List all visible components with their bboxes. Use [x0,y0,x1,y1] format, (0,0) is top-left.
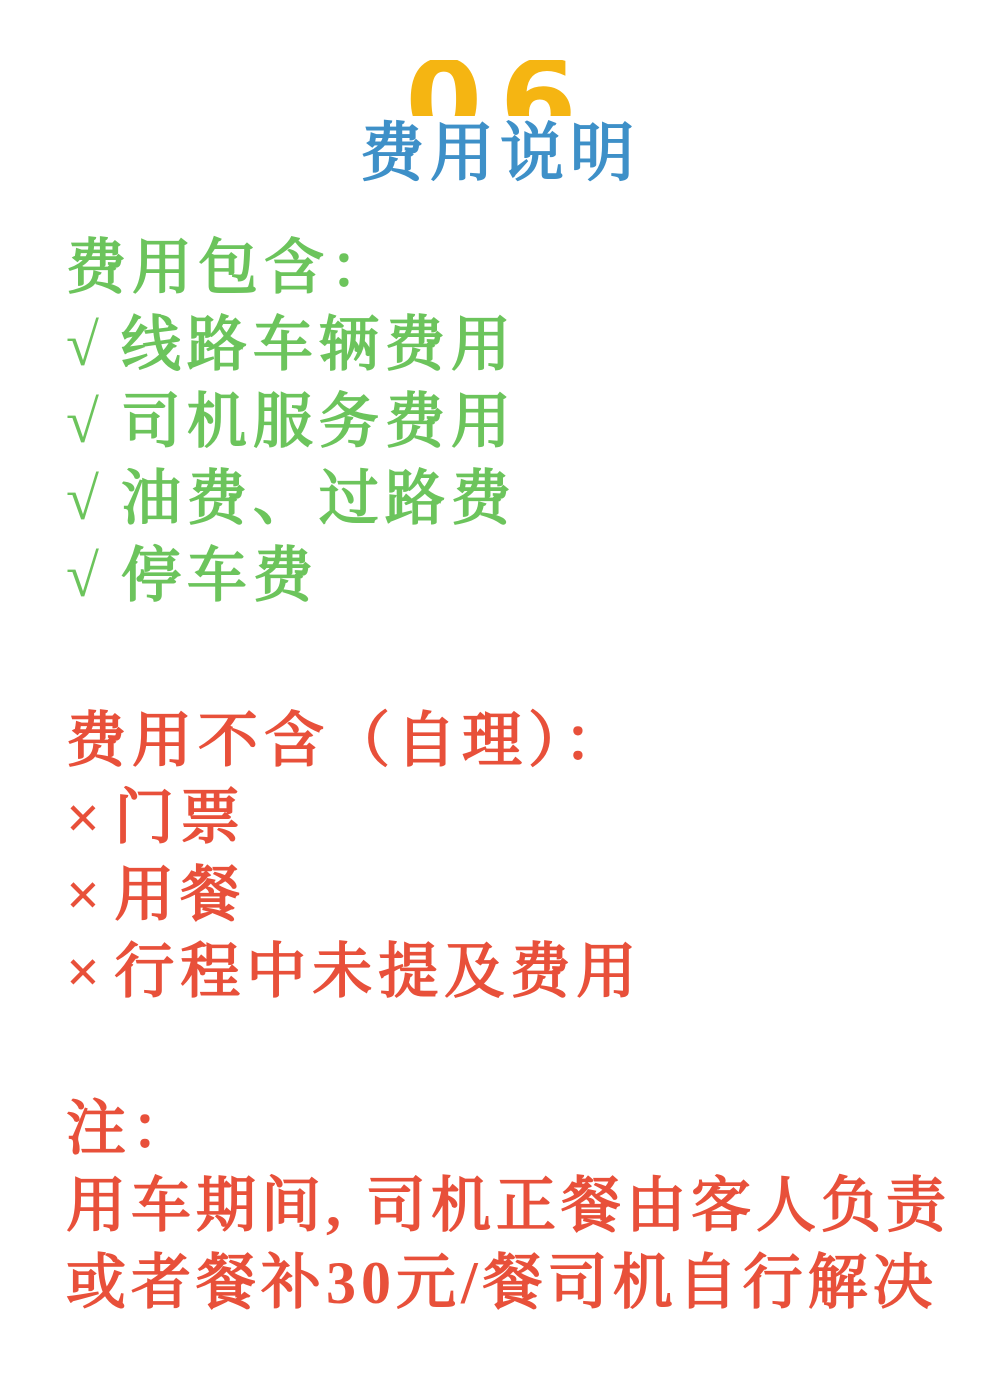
note-line: 用车期间, 司机正餐由客人负责 [66,1168,960,1245]
fee-item-label: 司机服务费用 [121,389,517,455]
list-item: ×用餐 [66,857,960,934]
cross-mark-icon: × [66,857,106,934]
fee-item-label: 油费、过路费 [121,466,517,532]
section-number: 06 [0,60,1000,116]
page-content: 费用包含： √线路车辆费用 √司机服务费用 √油费、过路费 √停车费 费用不含（… [0,230,1000,1322]
fees-excluded-heading: 费用不含（自理）： [66,703,960,780]
check-mark-icon: √ [66,384,105,461]
fees-included-list: √线路车辆费用 √司机服务费用 √油费、过路费 √停车费 [66,307,960,615]
note-heading: 注： [66,1091,960,1168]
fee-item-label: 门票 [114,785,246,851]
fees-included-section: 费用包含： √线路车辆费用 √司机服务费用 √油费、过路费 √停车费 [66,230,960,615]
page-title: 费用说明 [0,120,1000,188]
list-item: √停车费 [66,538,960,615]
cross-mark-icon: × [66,780,106,857]
list-item: ×行程中未提及费用 [66,934,960,1011]
cross-mark-icon: × [66,934,106,1011]
list-item: ×门票 [66,780,960,857]
fees-included-heading: 费用包含： [66,230,960,307]
list-item: √油费、过路费 [66,461,960,538]
fee-item-label: 行程中未提及费用 [114,939,642,1005]
list-item: √线路车辆费用 [66,307,960,384]
note-section: 注： 用车期间, 司机正餐由客人负责 或者餐补30元/餐司机自行解决 [66,1091,960,1322]
fee-item-label: 用餐 [114,862,246,928]
note-line: 或者餐补30元/餐司机自行解决 [66,1245,960,1322]
fees-excluded-list: ×门票 ×用餐 ×行程中未提及费用 [66,780,960,1011]
fee-item-label: 线路车辆费用 [121,312,517,378]
section-number-clip: 06 [0,60,1000,116]
check-mark-icon: √ [66,461,105,538]
list-item: √司机服务费用 [66,384,960,461]
fee-description-page: 06 费用说明 费用包含： √线路车辆费用 √司机服务费用 √油费、过路费 √停… [0,0,1000,1389]
fees-excluded-section: 费用不含（自理）： ×门票 ×用餐 ×行程中未提及费用 [66,703,960,1011]
fee-item-label: 停车费 [121,543,319,609]
check-mark-icon: √ [66,538,105,615]
check-mark-icon: √ [66,307,105,384]
